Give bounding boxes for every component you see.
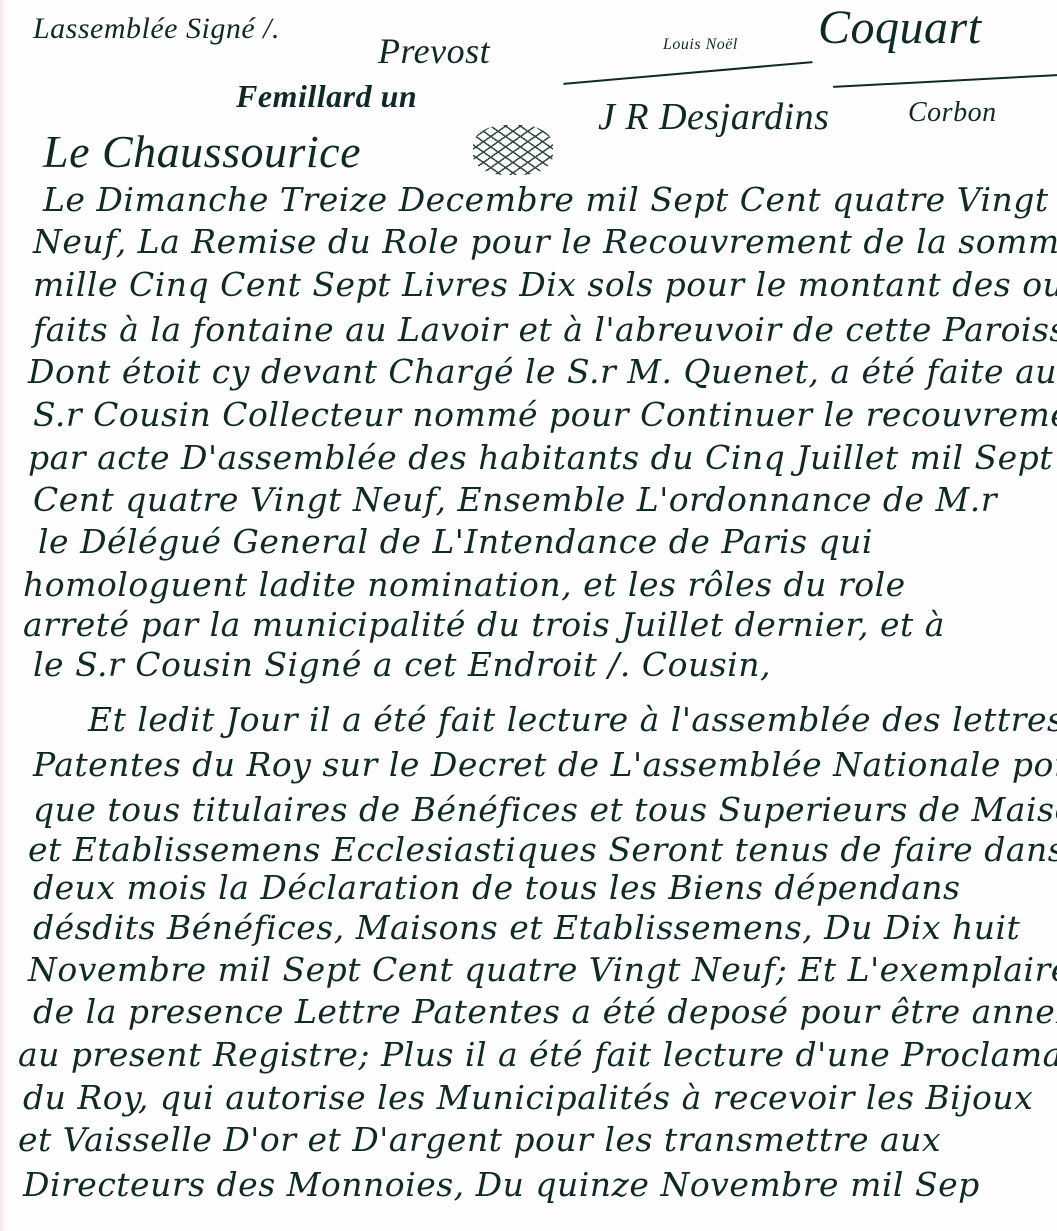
- signature-corbon: Corbon: [908, 97, 997, 129]
- text-line: Neuf, La Remise du Role pour le Recouvre…: [33, 222, 1057, 261]
- signature-flourish-line: [833, 74, 1057, 88]
- text-line: Patentes du Roy sur le Decret de L'assem…: [33, 745, 1057, 784]
- signature-prevost: Prevost: [378, 30, 490, 72]
- signature-paraph-icon: [473, 125, 553, 175]
- signature-louis-noel: Louis Noël: [663, 36, 738, 54]
- text-line: Cent quatre Vingt Neuf, Ensemble L'ordon…: [33, 480, 997, 519]
- text-line: le Délégué General de L'Intendance de Pa…: [38, 522, 873, 561]
- text-line: au present Registre; Plus il a été fait …: [18, 1035, 1057, 1074]
- text-line: Et ledit Jour il a été fait lecture à l'…: [88, 700, 1057, 739]
- text-line: deux mois la Déclaration de tous les Bie…: [33, 868, 960, 907]
- signature-femillard: Femillard un: [236, 78, 417, 115]
- text-line: arreté par la municipalité du trois Juil…: [23, 605, 945, 644]
- text-line: du Roy, qui autorise les Municipalités à…: [23, 1078, 1033, 1117]
- signature-flourish-line: [563, 61, 812, 85]
- signature-chaussourice: Le Chaussourice: [43, 125, 361, 178]
- text-line: par acte D'assemblée des habitants du Ci…: [28, 438, 1053, 477]
- text-line: mille Cinq Cent Sept Livres Dix sols pou…: [33, 265, 1057, 304]
- signature-coquart: Coquart: [818, 0, 982, 55]
- signature-desjardins: J R Desjardins: [598, 95, 829, 139]
- text-line: et Vaisselle D'or et D'argent pour les t…: [18, 1120, 941, 1159]
- text-line: désdits Bénéfices, Maisons et Etablissem…: [33, 908, 1020, 947]
- text-line: que tous titulaires de Bénéfices et tous…: [33, 790, 1057, 829]
- text-line: Dont étoit cy devant Chargé le S.r M. Qu…: [28, 352, 1057, 391]
- assembly-signed-label: Lassemblée Signé /.: [33, 12, 280, 46]
- text-line: de la presence Lettre Patentes a été dep…: [33, 992, 1057, 1031]
- text-line: le S.r Cousin Signé a cet Endroit /. Cou…: [33, 645, 771, 684]
- text-line: Directeurs des Monnoies, Du quinze Novem…: [23, 1165, 980, 1204]
- manuscript-page: Lassemblée Signé /. Prevost Louis Noël C…: [0, 0, 1057, 1231]
- text-line: S.r Cousin Collecteur nommé pour Continu…: [33, 395, 1057, 434]
- text-line: Novembre mil Sept Cent quatre Vingt Neuf…: [28, 950, 1057, 989]
- text-line: et Etablissemens Ecclesiastiques Seront …: [28, 830, 1057, 869]
- text-line: Le Dimanche Treize Decembre mil Sept Cen…: [43, 180, 1049, 219]
- text-line: faits à la fontaine au Lavoir et à l'abr…: [33, 310, 1057, 349]
- text-line: homologuent ladite nomination, et les rô…: [23, 565, 906, 604]
